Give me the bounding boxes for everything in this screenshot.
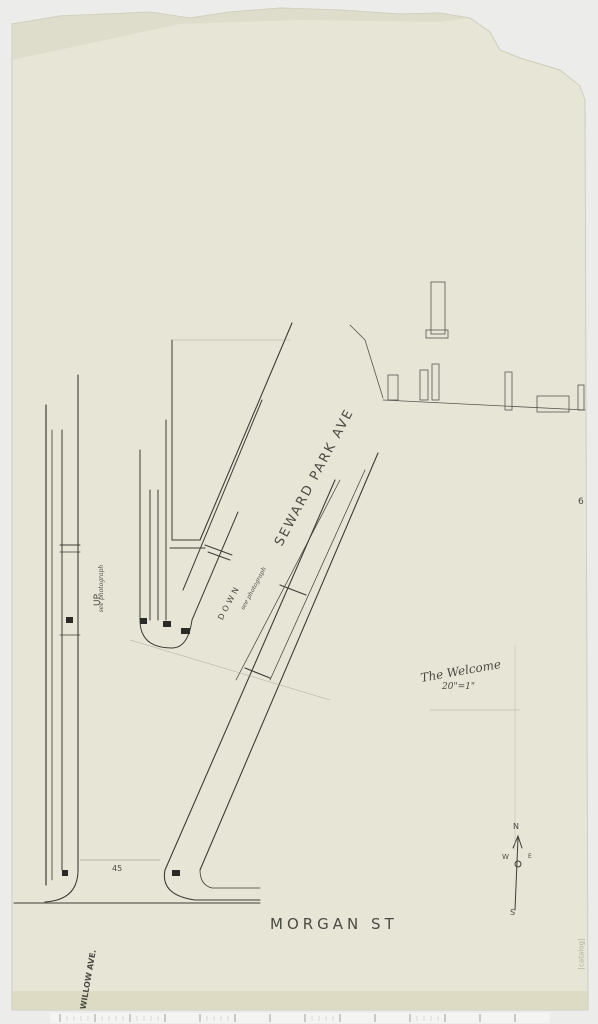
ramp-note-up: see photograph [98, 565, 105, 612]
scale-ruler [50, 1013, 550, 1023]
compass-n-label: N [513, 822, 519, 831]
compass-e-label: E [528, 853, 532, 860]
scale-value: 20"=1" [442, 682, 475, 692]
compass-w-label: W [502, 853, 509, 861]
margin-number: 6 [578, 497, 584, 507]
archive-stamp: [catalog] [578, 938, 586, 969]
dimension-label: 45 [112, 864, 122, 873]
compass-s-label: S [510, 908, 515, 917]
street-label-morgan-st: MORGAN ST [270, 915, 398, 933]
